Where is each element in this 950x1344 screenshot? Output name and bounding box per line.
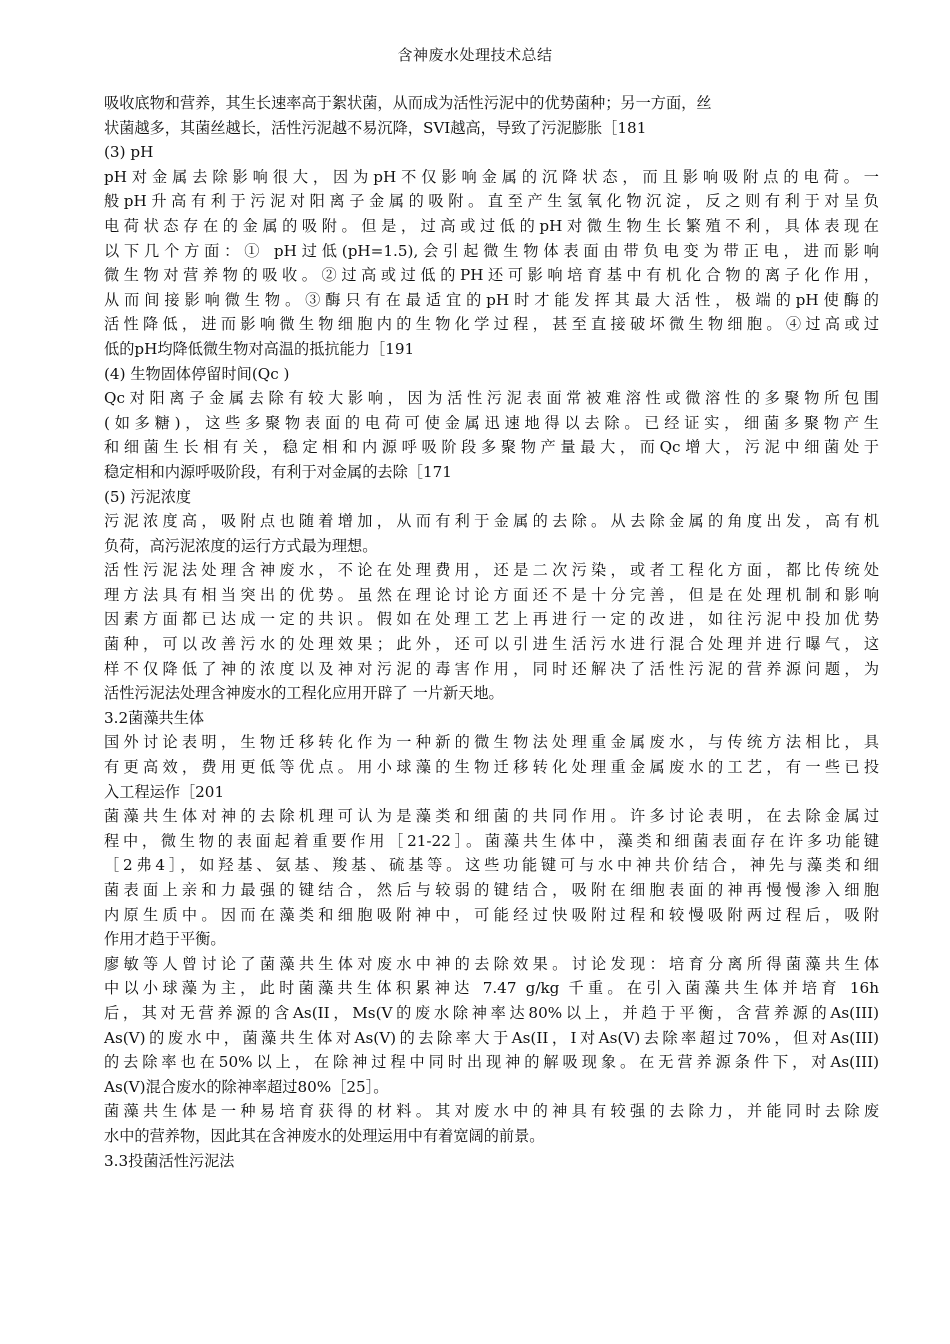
- text-line: 作用才趋于平衡。: [104, 927, 879, 952]
- text-line: (如多糖)，这些多聚物表面的电荷可使金属迅速地得以去除。已经证实，细菌多聚物产生: [104, 411, 879, 436]
- text-line: 活性降低，进而影响微生物细胞内的生物化学过程，甚至直接破坏微生物细胞。④过高或过: [104, 312, 879, 337]
- text-line: ［2弗4］，如羟基、氨基、羧基、硫基等。这些功能键可与水中神共价结合，神先与藻类…: [104, 853, 879, 878]
- text-line: 菌藻共生体是一种易培育获得的材料。其对废水中的神具有较强的去除力，并能同时去除废: [104, 1099, 879, 1124]
- text-line: 因素方面都已达成一定的共识。假如在处理工艺上再进行一定的改进，如往污泥中投加优势: [104, 607, 879, 632]
- text-line: 后，其对无营养源的含As(II，Ms(V的废水除神率达80%以上，并趋于平衡，含…: [104, 1001, 879, 1026]
- text-line: 内原生质中。因而在藻类和细胞吸附神中，可能经过快吸附过程和较慢吸附两过程后，吸附: [104, 903, 879, 928]
- text-line: 3.2菌藻共生体: [104, 706, 879, 731]
- text-line: 廖敏等人曾讨论了菌藻共生体对废水中神的去除效果。讨论发现：培育分离所得菌藻共生体: [104, 952, 879, 977]
- text-line: 样不仅降低了神的浓度以及神对污泥的毒害作用，同时还解决了活性污泥的营养源问题，为: [104, 657, 879, 682]
- text-line: pH对金属去除影响很大，因为pH不仅影响金属的沉降状态，而且影响吸附点的电荷。一: [104, 165, 879, 190]
- text-line: 电荷状态存在的金属的吸附。但是，过高或过低的pH对微生物生长繁殖不利，具体表现在: [104, 214, 879, 239]
- text-line: 水中的营养物，因此其在含神废水的处理运用中有着宽阔的前景。: [104, 1124, 879, 1149]
- text-line: 吸收底物和营养，其生长速率高于絮状菌，从而成为活性污泥中的优势菌种；另一方面，丝: [104, 91, 879, 116]
- document-body: 吸收底物和营养，其生长速率高于絮状菌，从而成为活性污泥中的优势菌种；另一方面，丝…: [104, 91, 879, 1173]
- text-line: 以下几个方面：① pH过低(pH=1.5),会引起微生物体表面由带负电变为带正电…: [104, 239, 879, 264]
- text-line: 活性污泥法处理含神废水，不论在处理费用，还是二次污染，或者工程化方面，都比传统处: [104, 558, 879, 583]
- text-line: As(V)混合废水的除神率超过80%［25］。: [104, 1075, 879, 1100]
- text-line: 微生物对营养物的吸收。②过高或过低的PH还可影响培育基中有机化合物的离子化作用，: [104, 263, 879, 288]
- text-line: Qc对阳离子金属去除有较大影响，因为活性污泥表面常被难溶性或微溶性的多聚物所包围: [104, 386, 879, 411]
- text-line: 3.3投菌活性污泥法: [104, 1149, 879, 1174]
- text-line: (5) 污泥浓度: [104, 485, 879, 510]
- text-line: 般pH升高有利于污泥对阳离子金属的吸附。直至产生氢氧化物沉淀，反之则有利于对呈负: [104, 189, 879, 214]
- text-line: 和细菌生长相有关，稳定相和内源呼吸阶段多聚物产量最大，而Qc增大，污泥中细菌处于: [104, 435, 879, 460]
- text-line: 低的pH均降低微生物对高温的抵抗能力［191: [104, 337, 879, 362]
- text-line: 有更高效，费用更低等优点。用小球藻的生物迁移转化处理重金属废水的工艺，有一些已投: [104, 755, 879, 780]
- text-line: 入工程运作［201: [104, 780, 879, 805]
- text-line: 中以小球藻为主，此时菌藻共生体积累神达 7.47 g/kg 千重。在引入菌藻共生…: [104, 976, 879, 1001]
- text-line: 的去除率也在50%以上，在除神过程中同时出现神的解吸现象。在无营养源条件下，对A…: [104, 1050, 879, 1075]
- text-line: 程中，微生物的表面起着重要作用［21-22］。菌藻共生体中，藻类和细菌表面存在许…: [104, 829, 879, 854]
- text-line: 活性污泥法处理含神废水的工程化应用开辟了 一片新天地。: [104, 681, 879, 706]
- text-line: (4) 生物固体停留时间(Qc ): [104, 362, 879, 387]
- document-title: 含神废水处理技术总结: [0, 44, 950, 66]
- text-line: 负荷，高污泥浓度的运行方式最为理想。: [104, 534, 879, 559]
- text-line: 菌种，可以改善污水的处理效果；此外，还可以引进生活污水进行混合处理并进行曝气，这: [104, 632, 879, 657]
- text-line: 从而间接影响微生物。③酶只有在最适宜的pH时才能发挥其最大活性，极端的pH使酶的: [104, 288, 879, 313]
- text-line: 状菌越多，其菌丝越长，活性污泥越不易沉降，SVI越高，导致了污泥膨胀［181: [104, 116, 879, 141]
- text-line: 菌表面上亲和力最强的键结合，然后与较弱的键结合，吸附在细胞表面的神再慢慢渗入细胞: [104, 878, 879, 903]
- text-line: 菌藻共生体对神的去除机理可认为是藻类和细菌的共同作用。许多讨论表明，在去除金属过: [104, 804, 879, 829]
- text-line: As(V)的废水中，菌藻共生体对As(V)的去除率大于As(II，I对As(V)…: [104, 1026, 879, 1051]
- text-line: 稳定相和内源呼吸阶段，有利于对金属的去除［171: [104, 460, 879, 485]
- text-line: 国外讨论表明，生物迁移转化作为一种新的微生物法处理重金属废水，与传统方法相比，具: [104, 730, 879, 755]
- text-line: (3) pH: [104, 140, 879, 165]
- text-line: 理方法具有相当突出的优势。虽然在理论讨论方面还不是十分完善，但是在处理机制和影响: [104, 583, 879, 608]
- text-line: 污泥浓度高，吸附点也随着增加，从而有利于金属的去除。从去除金属的角度出发，高有机: [104, 509, 879, 534]
